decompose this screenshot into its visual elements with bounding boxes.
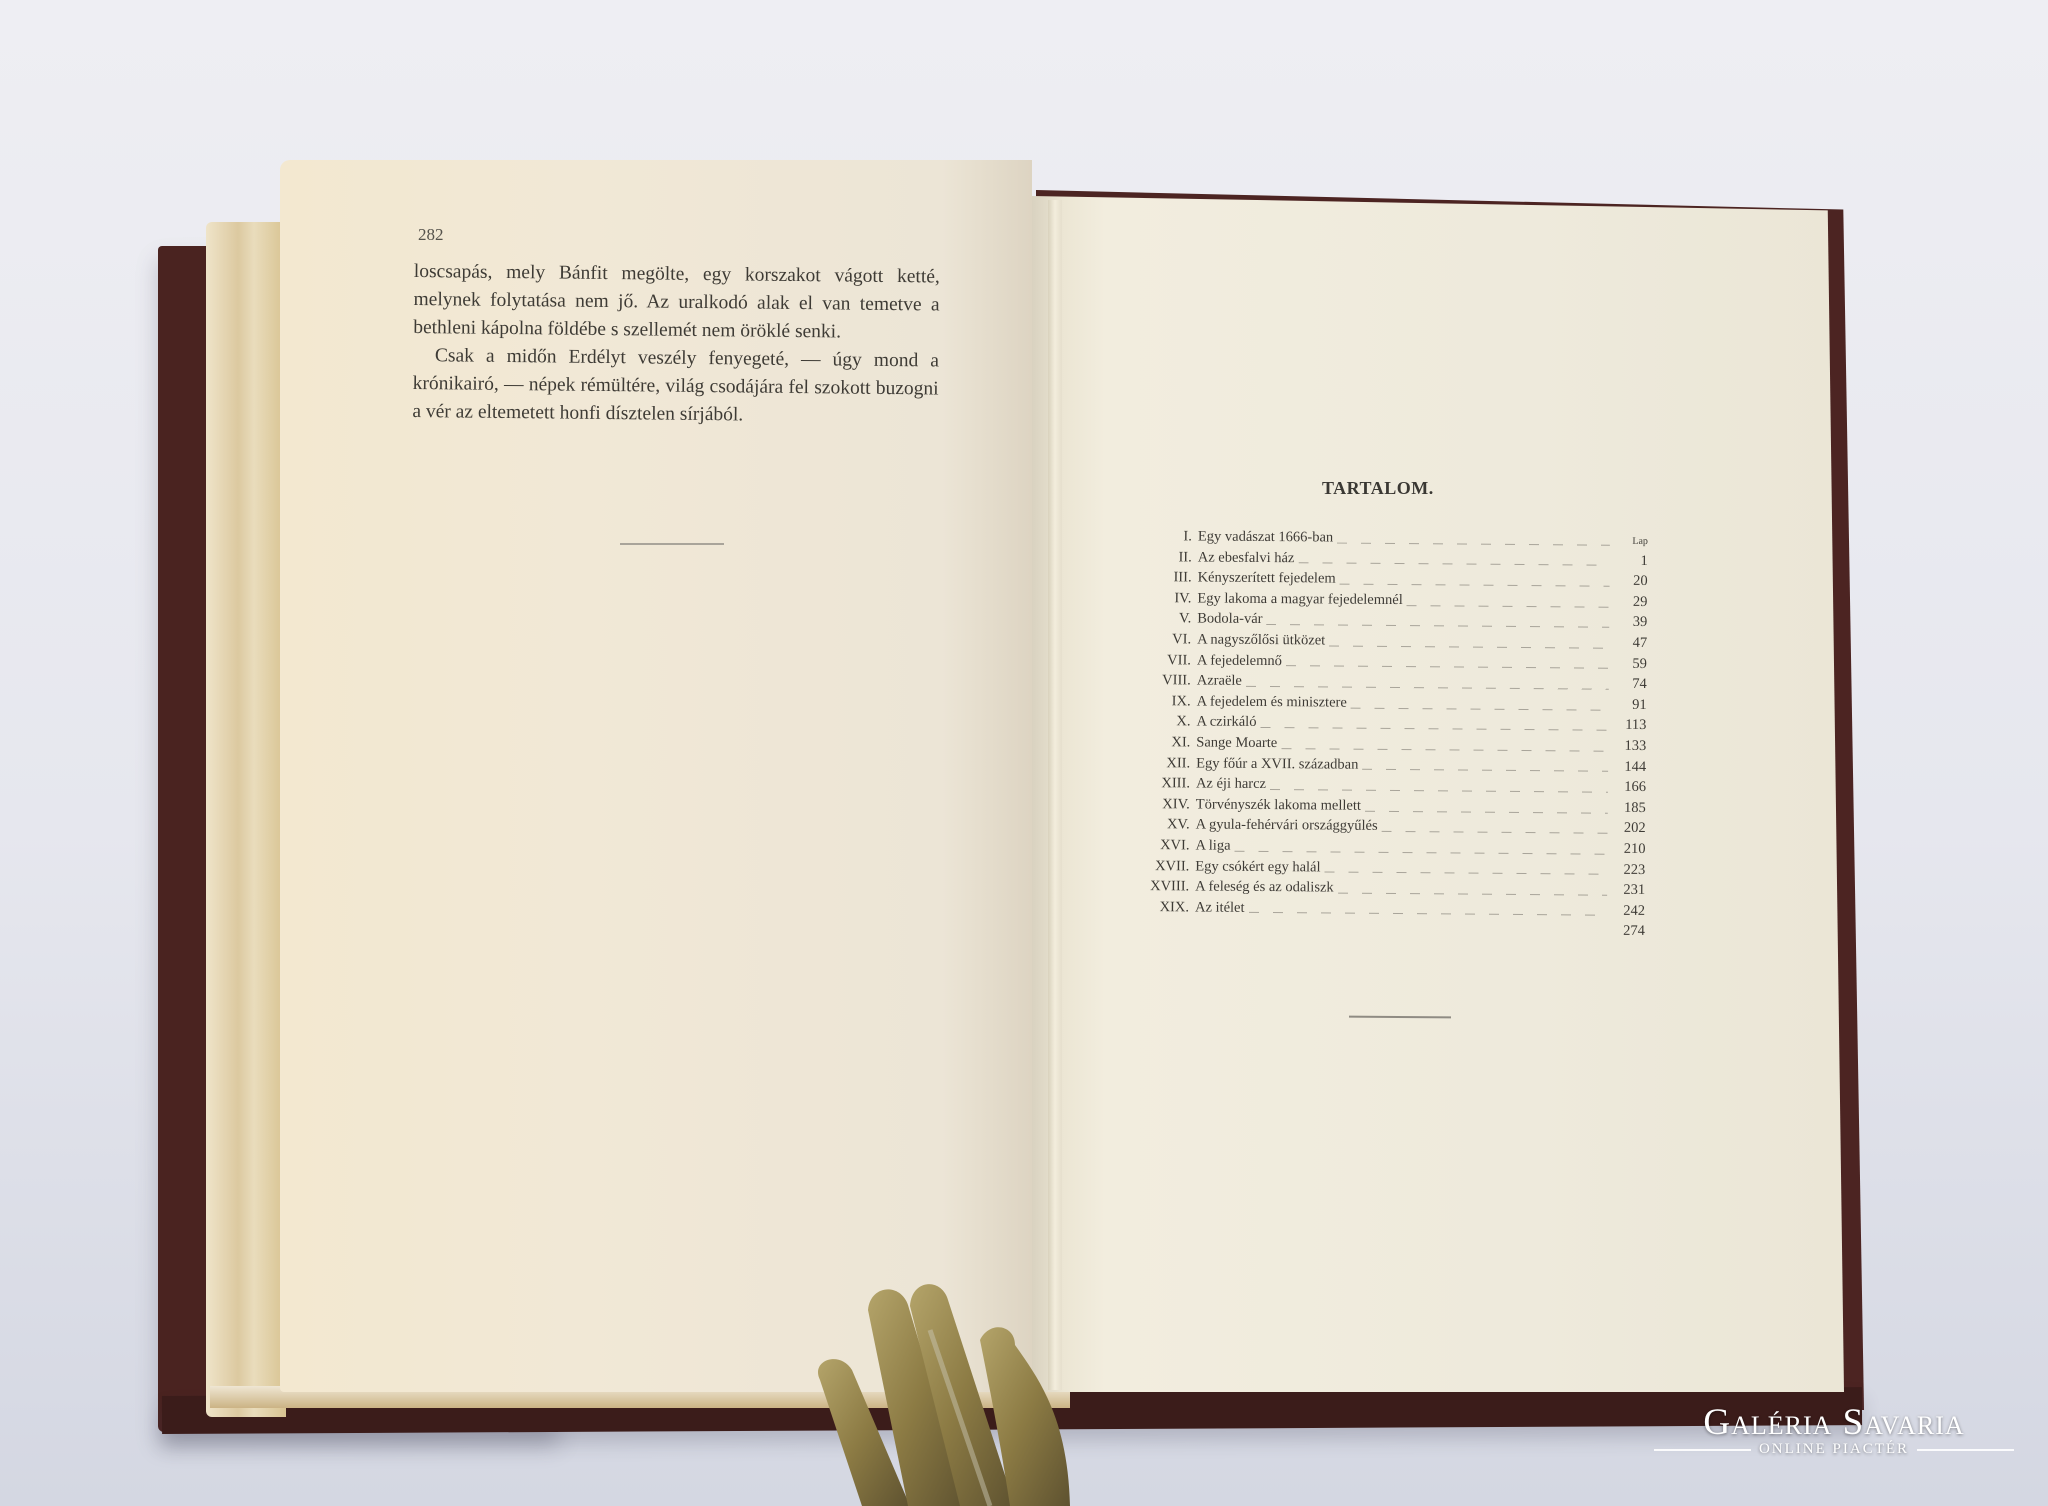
toc-entry-page: 59 <box>1613 655 1647 672</box>
toc-entry-page: 202 <box>1612 820 1646 837</box>
toc-entry-title: A nagyszőlősi ütközet <box>1197 631 1325 649</box>
toc-entry-title: Az ebesfalvi ház <box>1198 549 1295 567</box>
toc-entry-number: VII. <box>1137 652 1197 669</box>
page-number: 282 <box>418 225 444 245</box>
toc-entry-number: III. <box>1138 569 1198 586</box>
toc-leader-dots <box>1286 666 1609 670</box>
page-block-edge <box>206 222 286 1417</box>
toc-leader-dots <box>1351 707 1609 710</box>
toc-entry-title: A gyula-fehérvári országgyűlés <box>1196 817 1378 835</box>
toc-leader-dots <box>1325 872 1608 875</box>
toc-entry-page: 74 <box>1613 676 1647 693</box>
toc-entry-title: A czirkáló <box>1196 714 1256 731</box>
toc-entry-number: XIV. <box>1136 796 1196 813</box>
toc-leader-dots <box>1246 686 1609 690</box>
book-gutter <box>1048 200 1062 1390</box>
toc-leader-dots <box>1362 769 1608 772</box>
toc-leader-dots <box>1407 605 1610 608</box>
toc-entry-title: Egy vadászat 1666-ban <box>1198 528 1333 546</box>
toc-entry-number: VIII. <box>1137 672 1197 689</box>
toc-entry-number: XIX. <box>1135 899 1195 916</box>
brass-hand-bookweight <box>800 1270 1120 1506</box>
toc-entry-number: I. <box>1138 528 1198 545</box>
toc-entry-number: II. <box>1138 549 1198 566</box>
table-of-contents: I.Egy vadászat 1666-banLapII.Az ebesfalv… <box>1135 528 1648 944</box>
toc-entry-page: 20 <box>1614 573 1648 590</box>
toc-entry-page: 144 <box>1612 758 1646 775</box>
toc-entry-title: A fejedelem és minisztere <box>1197 693 1347 711</box>
toc-leader-dots <box>1329 645 1609 648</box>
toc-entry-page: 113 <box>1612 717 1646 734</box>
toc-entry-page: 231 <box>1611 882 1645 899</box>
toc-entry-page: 91 <box>1613 696 1647 713</box>
end-rule <box>620 543 724 545</box>
toc-leader-dots <box>1281 748 1608 752</box>
toc-entry-number: VI. <box>1137 631 1197 648</box>
toc-entry-page: 210 <box>1611 841 1645 858</box>
toc-entry-title: Bodola-vár <box>1197 611 1262 629</box>
toc-leader-dots <box>1235 850 1608 854</box>
paragraph: Csak a midőn Erdélyt veszély fenyegeté, … <box>412 342 939 432</box>
toc-leader-dots <box>1266 624 1609 628</box>
toc-entry-title: A fejedelemnő <box>1197 652 1282 670</box>
paragraph: loscsapás, mely Bánfit megölte, egy kors… <box>413 258 940 348</box>
toc-entry-title: Egy csókért egy halál <box>1195 858 1320 876</box>
toc-entry-number: XII. <box>1136 755 1196 772</box>
toc-entry-number: X. <box>1136 713 1196 730</box>
toc-entry-number: XI. <box>1136 734 1196 751</box>
watermark-rule <box>1917 1449 2014 1451</box>
toc-leader-dots <box>1260 727 1608 731</box>
toc-entry-page: 29 <box>1613 594 1647 611</box>
toc-entry-page: 166 <box>1612 779 1646 796</box>
toc-entry-number: XIII. <box>1136 775 1196 792</box>
left-page-text: loscsapás, mely Bánfit megölte, egy kors… <box>412 258 940 431</box>
toc-entry-number: V. <box>1137 610 1197 627</box>
book-photo: 282 loscsapás, mely Bánfit megölte, egy … <box>0 0 2048 1506</box>
watermark-subtitle-row: ONLINE PIACTÉR <box>1654 1441 2014 1458</box>
toc-entry-page: 1 <box>1614 552 1648 569</box>
watermark-subtitle: ONLINE PIACTÉR <box>1759 1441 1909 1458</box>
toc-entry-number: XVIII. <box>1135 878 1195 895</box>
watermark-logo: Galéria Savaria ONLINE PIACTÉR <box>1654 1403 2014 1458</box>
toc-entry-page: 39 <box>1613 614 1647 631</box>
toc-entry-page: 47 <box>1613 635 1647 652</box>
toc-entry-title: Egy főúr a XVII. században <box>1196 755 1358 773</box>
toc-entry-title: A liga <box>1195 837 1230 854</box>
toc-entry-title: Sange Moarte <box>1196 734 1277 752</box>
toc-heading: TARTALOM. <box>1322 478 1434 499</box>
watermark-rule <box>1654 1449 1751 1451</box>
toc-entry-number: IX. <box>1137 693 1197 710</box>
toc-leader-dots <box>1340 584 1610 587</box>
toc-entry-title: A feleség és az odaliszk <box>1195 879 1334 897</box>
toc-page-label: Lap <box>1614 536 1648 547</box>
toc-entry-title: Törvényszék lakoma mellett <box>1196 796 1361 814</box>
toc-entry-title: Az éji harcz <box>1196 776 1266 794</box>
toc-leader-dots <box>1382 831 1608 834</box>
watermark-title: Galéria Savaria <box>1654 1403 2014 1443</box>
toc-entry-number: XVII. <box>1135 857 1195 874</box>
toc-entry-page: 274 <box>1611 923 1645 940</box>
toc-entry-number: IV. <box>1137 590 1197 607</box>
toc-entry-page: 223 <box>1611 861 1645 878</box>
toc-entry-title: Az itélet <box>1195 899 1245 916</box>
toc-entry-title: Azraële <box>1197 673 1242 690</box>
toc-entry-title: Kényszerített fejedelem <box>1198 570 1336 588</box>
toc-leader-dots <box>1298 563 1609 566</box>
toc-leader-dots <box>1270 789 1608 793</box>
toc-entry-page: 133 <box>1612 738 1646 755</box>
toc-entry-page: 185 <box>1612 799 1646 816</box>
toc-leader-dots <box>1338 892 1607 895</box>
toc-entry-trailing-page: 274 <box>1135 919 1645 944</box>
toc-leader-dots <box>1365 810 1608 813</box>
toc-leader-dots <box>1337 542 1610 545</box>
toc-entry-number: XVI. <box>1135 837 1195 854</box>
toc-leader-dots <box>1249 912 1607 916</box>
toc-entry-page: 242 <box>1611 902 1645 919</box>
toc-entry-title: Egy lakoma a magyar fejedelemnél <box>1197 590 1402 609</box>
toc-entry-number: XV. <box>1136 816 1196 833</box>
